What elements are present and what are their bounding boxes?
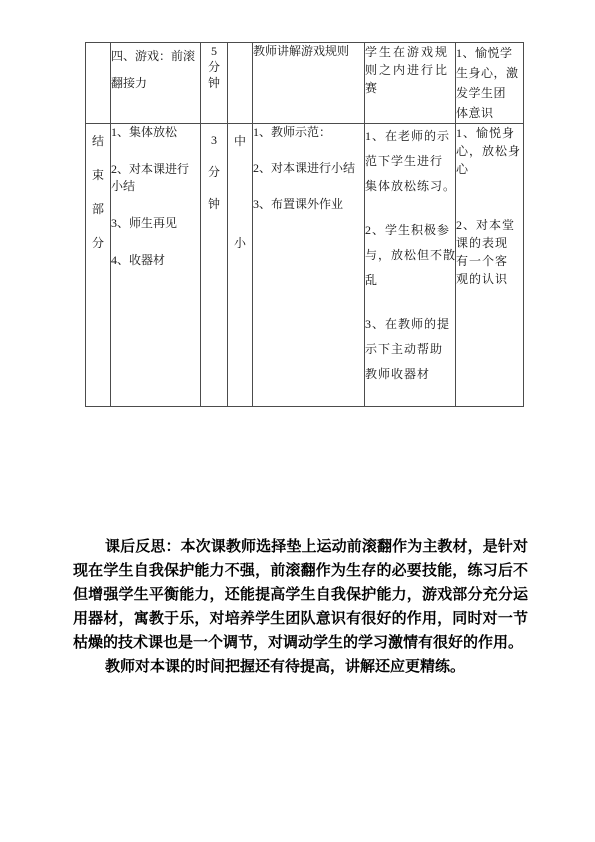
- activity-content-text: 四、游戏：前滚 翻接力: [111, 43, 200, 97]
- list-item: 2、对本课进行 小结: [111, 161, 200, 195]
- cell-time: 5 分 钟: [201, 43, 228, 124]
- cell-part-empty: [86, 43, 111, 124]
- reflection-section: 课后反思：本次课教师选择垫上运动前滚翻作为主教材，是针对现在学生自我保护能力不强…: [73, 535, 528, 679]
- cell-part-label: 结 束 部 分: [86, 124, 111, 407]
- document-page: 四、游戏：前滚 翻接力 5 分 钟 教师讲解游戏规则 学生在游戏规 则之内进行比…: [0, 0, 595, 842]
- time-text: 5 分 钟: [201, 43, 227, 91]
- time-text: 3 分 钟: [201, 124, 227, 220]
- cell-student-activity: 1、在老师的示 范下学生进行 集体放松练习。 2、学生积极参 与，放松但不散 乱…: [365, 124, 456, 407]
- list-item: 1、教师示范：: [253, 124, 364, 141]
- list-item: 2、学生积极参 与，放松但不散 乱: [365, 218, 455, 293]
- cell-teaching-goal: 1、愉悦身 心，放松身 心 2、对本堂 课的表现 有一个客 观的认识: [456, 124, 524, 407]
- intensity-low: 小: [228, 226, 252, 260]
- table-row-game: 四、游戏：前滚 翻接力 5 分 钟 教师讲解游戏规则 学生在游戏规 则之内进行比…: [86, 43, 524, 124]
- list-item: 3、布置课外作业: [253, 196, 364, 213]
- lesson-plan-table: 四、游戏：前滚 翻接力 5 分 钟 教师讲解游戏规则 学生在游戏规 则之内进行比…: [85, 42, 524, 407]
- cell-time: 3 分 钟: [201, 124, 228, 407]
- list-item: 2、对本堂 课的表现 有一个客 观的认识: [456, 216, 523, 288]
- cell-student-activity: 学生在游戏规 则之内进行比 赛: [365, 43, 456, 124]
- teacher-activity-text: 教师讲解游戏规则: [253, 43, 364, 59]
- cell-intensity-empty: [228, 43, 253, 124]
- cell-teaching-goal: 1、愉悦学 生身心，激 发学生团 体意识: [456, 43, 524, 124]
- cell-activity-content: 四、游戏：前滚 翻接力: [111, 43, 201, 124]
- part-label-text: 结 束 部 分: [86, 124, 110, 260]
- intensity-high: 中: [228, 124, 252, 158]
- list-item: 3、在教师的提 示下主动帮助 教师收器材: [365, 312, 455, 387]
- teaching-goal-text: 1、愉悦学 生身心，激 发学生团 体意识: [456, 43, 523, 123]
- list-item: 1、在老师的示 范下学生进行 集体放松练习。: [365, 124, 455, 199]
- cell-activity-content: 1、集体放松 2、对本课进行 小结 3、师生再见 4、收器材: [111, 124, 201, 407]
- student-activity-text: 学生在游戏规 则之内进行比 赛: [365, 43, 455, 97]
- list-item: 4、收器材: [111, 252, 200, 269]
- cell-teacher-activity: 1、教师示范： 2、对本课进行小结 3、布置课外作业: [253, 124, 365, 407]
- cell-intensity: 中 小: [228, 124, 253, 407]
- list-item: 2、对本课进行小结: [253, 160, 364, 177]
- reflection-note: 教师对本课的时间把握还有待提高，讲解还应更精练。: [73, 655, 528, 679]
- reflection-paragraph: 课后反思：本次课教师选择垫上运动前滚翻作为主教材，是针对现在学生自我保护能力不强…: [73, 535, 528, 655]
- list-item: 1、集体放松: [111, 124, 200, 141]
- list-item: 1、愉悦身 心，放松身 心: [456, 124, 523, 178]
- table-row-ending: 结 束 部 分 1、集体放松 2、对本课进行 小结 3、师生再见 4、收器材 3…: [86, 124, 524, 407]
- cell-teacher-activity: 教师讲解游戏规则: [253, 43, 365, 124]
- list-item: 3、师生再见: [111, 215, 200, 232]
